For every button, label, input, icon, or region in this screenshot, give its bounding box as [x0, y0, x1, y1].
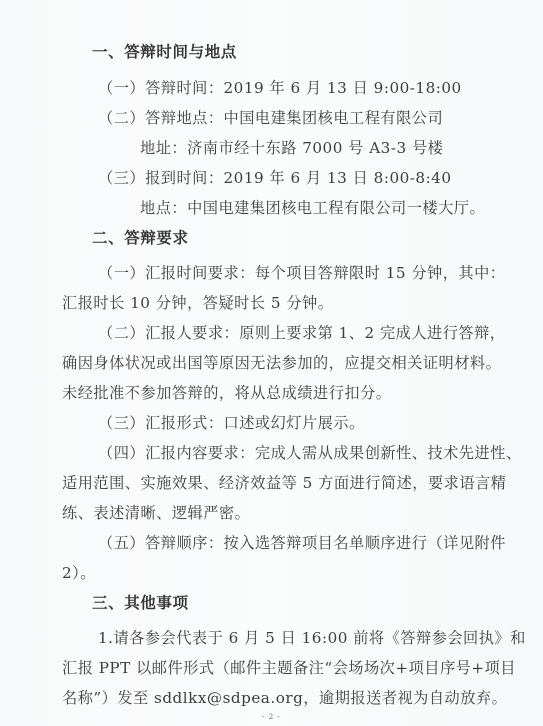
paragraph-content-3: 练、表述清晰、逻辑严密。	[62, 503, 250, 523]
paragraph-order-1: （五）答辩顺序：按入选答辩项目名单顺序进行（详见附件	[98, 533, 506, 553]
section-heading-time-location: 一、答辩时间与地点	[92, 42, 237, 62]
paragraph-other-2: 汇报 PPT 以邮件形式（邮件主题备注“会场场次+项目序号+项目	[62, 658, 516, 678]
paragraph-order-2: 2）。	[62, 563, 96, 583]
paragraph-defense-location: （二）答辩地点：中国电建集团核电工程有限公司	[98, 108, 443, 128]
paragraph-content-2: 适用范围、实施效果、经济效益等 5 方面进行简述，要求语言精	[62, 473, 506, 493]
paragraph-address: 地址：济南市经十东路 7000 号 A3-3 号楼	[140, 138, 443, 158]
paragraph-report-time-1: （一）汇报时间要求：每个项目答辩限时 15 分钟，其中：	[98, 263, 505, 283]
paragraph-other-1: 1.请各参会代表于 6 月 5 日 16:00 前将《答辩参会回执》和	[98, 628, 526, 648]
paragraph-presenter-2: 确因身体状况或出国等原因无法参加的，应提交相关证明材料。	[62, 353, 501, 373]
section-heading-other-matters: 三、其他事项	[92, 593, 189, 613]
paragraph-registration-time: （三）报到时间：2019 年 6 月 13 日 8:00-8:40	[98, 168, 452, 188]
paragraph-report-format: （三）汇报形式：口述或幻灯片展示。	[98, 413, 365, 433]
paragraph-report-time-2: 汇报时长 10 分钟，答疑时长 5 分钟。	[62, 293, 333, 313]
page-number: - 2 -	[0, 713, 543, 721]
paragraph-registration-location: 地点：中国电建集团核电工程有限公司一楼大厅。	[140, 198, 485, 218]
document-page: 一、答辩时间与地点 （一）答辩时间：2019 年 6 月 13 日 9:00-1…	[0, 0, 543, 726]
section-heading-requirements: 二、答辩要求	[92, 228, 189, 248]
paragraph-presenter-1: （二）汇报人要求：原则上要求第 1、2 完成人进行答辩，	[98, 323, 505, 343]
paragraph-presenter-3: 未经批准不参加答辩的，将从总成绩进行扣分。	[62, 383, 391, 403]
paragraph-content-1: （四）汇报内容要求：完成人需从成果创新性、技术先进性、	[98, 443, 522, 463]
paragraph-other-3: 名称”）发至 sddlkx@sdpea.org，逾期报送者视为自动放弃。	[62, 688, 507, 708]
paragraph-defense-time: （一）答辩时间：2019 年 6 月 13 日 9:00-18:00	[98, 78, 462, 98]
